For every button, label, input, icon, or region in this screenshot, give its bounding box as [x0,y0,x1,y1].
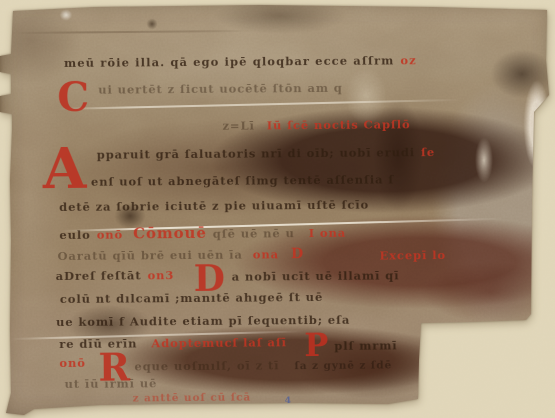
parchment-fragment-wrapper: meū rōie illa. qā ego ipē qloqbar ecce a… [0,0,555,418]
edge-vignette [0,0,555,418]
manuscript-photo: meū rōie illa. qā ego ipē qloqbar ecce a… [0,0,555,418]
parchment-fragment: meū rōie illa. qā ego ipē qloqbar ecce a… [0,0,555,418]
